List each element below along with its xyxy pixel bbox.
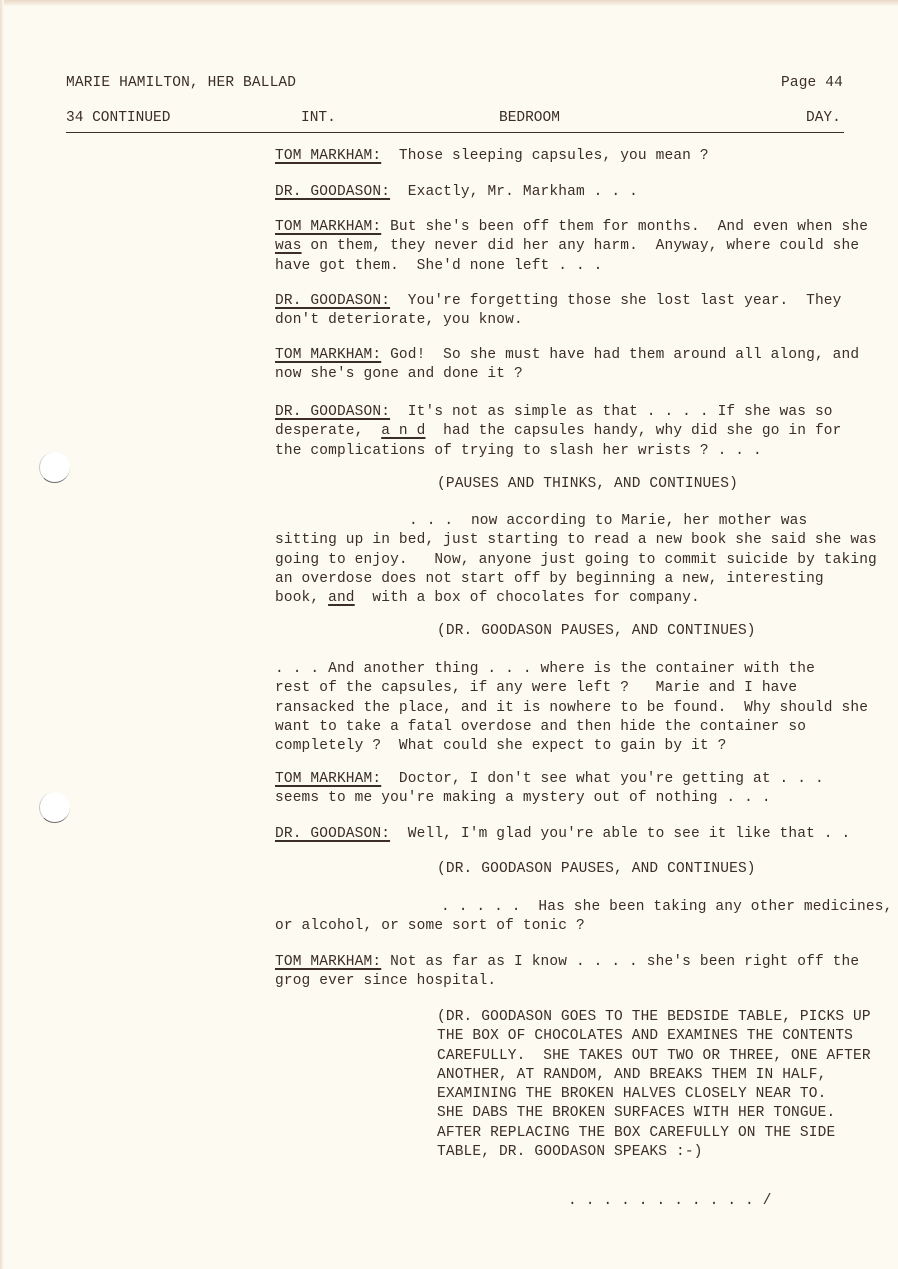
dialogue-line: now she's gone and done it ? <box>275 366 523 382</box>
dialogue-line: . . . . . Has she been taking any other … <box>275 899 892 915</box>
dialogue-block: DR. GOODASON: It's not as simple as that… <box>275 403 842 461</box>
dialogue-line: the complications of trying to slash her… <box>275 443 762 459</box>
dialogue-line: grog ever since hospital. <box>275 973 496 989</box>
direction-line: (DR. GOODASON GOES TO THE BEDSIDE TABLE,… <box>437 1009 871 1025</box>
punch-hole-icon <box>39 452 70 483</box>
dialogue-line: book, and with a box of chocolates for c… <box>275 590 700 606</box>
stage-direction: (PAUSES AND THINKS, AND CONTINUES) <box>437 475 738 494</box>
speaker-name: TOM MARKHAM: <box>275 347 381 363</box>
dialogue-line: Exactly, Mr. Markham . . . <box>390 184 638 200</box>
speaker-name: DR. GOODASON: <box>275 293 390 309</box>
dialogue-line: have got them. She'd none left . . . <box>275 258 603 274</box>
dialogue-continuation: . . . . . Has she been taking any other … <box>275 898 892 937</box>
speaker-name: TOM MARKHAM: <box>275 219 381 235</box>
dialogue-line: Doctor, I don't see what you're getting … <box>381 771 824 787</box>
dialogue-line: Those sleeping capsules, you mean ? <box>381 148 709 164</box>
dialogue-line: Not as far as I know . . . . she's been … <box>381 954 859 970</box>
direction-line: EXAMINING THE BROKEN HALVES CLOSELY NEAR… <box>437 1086 826 1102</box>
emphasis: and <box>328 590 355 606</box>
dialogue-block: DR. GOODASON: Well, I'm glad you're able… <box>275 825 850 844</box>
page-number: Page 44 <box>781 74 843 93</box>
script-title: MARIE HAMILTON, HER BALLAD <box>66 74 296 93</box>
emphasis: was <box>275 238 302 254</box>
direction-line: CAREFULLY. SHE TAKES OUT TWO OR THREE, O… <box>437 1048 871 1064</box>
scene-location: BEDROOM <box>499 110 560 126</box>
page-edge-left <box>0 0 4 1269</box>
dialogue-block: TOM MARKHAM: God! So she must have had t… <box>275 346 859 385</box>
dialogue-line: want to take a fatal overdose and then h… <box>275 719 806 735</box>
punch-hole-icon <box>39 792 70 823</box>
dialogue-line: Well, I'm glad you're able to see it lik… <box>390 826 850 842</box>
dialogue-line: seems to me you're making a mystery out … <box>275 790 771 806</box>
speaker-name: DR. GOODASON: <box>275 826 390 842</box>
dialogue-line: God! So she must have had them around al… <box>381 347 859 363</box>
stage-direction-block: (DR. GOODASON GOES TO THE BEDSIDE TABLE,… <box>437 1008 871 1162</box>
dialogue-line: It's not as simple as that . . . . If sh… <box>390 404 833 420</box>
dialogue-line: ransacked the place, and it is nowhere t… <box>275 700 868 716</box>
dialogue-block: TOM MARKHAM: Those sleeping capsules, yo… <box>275 147 709 166</box>
stage-direction: (DR. GOODASON PAUSES, AND CONTINUES) <box>437 860 756 879</box>
dialogue-line: don't deteriorate, you know. <box>275 312 523 328</box>
dialogue-continuation: . . . now according to Marie, her mother… <box>275 512 877 608</box>
dialogue-continuation: . . . And another thing . . . where is t… <box>275 660 868 756</box>
dialogue-line: desperate, a n d had the capsules handy,… <box>275 423 842 439</box>
direction-line: ANOTHER, AT RANDOM, AND BREAKS THEM IN H… <box>437 1067 826 1083</box>
dialogue-line: sitting up in bed, just starting to read… <box>275 532 877 548</box>
scene-heading: 34 CONTINUED INT. BEDROOM DAY. <box>66 110 844 133</box>
direction-line: AFTER REPLACING THE BOX CAREFULLY ON THE… <box>437 1125 835 1141</box>
dialogue-block: TOM MARKHAM: But she's been off them for… <box>275 218 868 276</box>
dialogue-block: DR. GOODASON: You're forgetting those sh… <box>275 292 842 331</box>
dialogue-line: on them, they never did her any harm. An… <box>302 238 860 254</box>
dialogue-line: . . . now according to Marie, her mother… <box>275 513 807 529</box>
dialogue-block: TOM MARKHAM: Doctor, I don't see what yo… <box>275 770 824 809</box>
dialogue-block: TOM MARKHAM: Not as far as I know . . . … <box>275 953 859 992</box>
dialogue-line: rest of the capsules, if any were left ?… <box>275 680 797 696</box>
direction-line: THE BOX OF CHOCOLATES AND EXAMINES THE C… <box>437 1028 853 1044</box>
page-edge-top <box>0 0 898 6</box>
dialogue-line: But she's been off them for months. And … <box>381 219 868 235</box>
dialogue-line: completely ? What could she expect to ga… <box>275 738 726 754</box>
speaker-name: DR. GOODASON: <box>275 404 390 420</box>
dialogue-line: an overdose does not start off by beginn… <box>275 571 824 587</box>
emphasis: a n d <box>381 423 425 439</box>
speaker-name: TOM MARKHAM: <box>275 954 381 970</box>
dialogue-line: going to enjoy. Now, anyone just going t… <box>275 552 877 568</box>
scene-time: DAY. <box>806 110 841 126</box>
speaker-name: TOM MARKHAM: <box>275 771 381 787</box>
direction-line: TABLE, DR. GOODASON SPEAKS :-) <box>437 1144 703 1160</box>
continued-marker: . . . . . . . . . . . / <box>568 1192 772 1211</box>
scene-int: INT. <box>301 110 336 126</box>
dialogue-line: . . . And another thing . . . where is t… <box>275 661 815 677</box>
direction-line: SHE DABS THE BROKEN SURFACES WITH HER TO… <box>437 1105 835 1121</box>
dialogue-line: You're forgetting those she lost last ye… <box>390 293 841 309</box>
dialogue-block: DR. GOODASON: Exactly, Mr. Markham . . . <box>275 183 638 202</box>
speaker-name: TOM MARKHAM: <box>275 148 381 164</box>
dialogue-line: or alcohol, or some sort of tonic ? <box>275 918 585 934</box>
stage-direction: (DR. GOODASON PAUSES, AND CONTINUES) <box>437 622 756 641</box>
scene-number: 34 CONTINUED <box>66 110 170 126</box>
speaker-name: DR. GOODASON: <box>275 184 390 200</box>
